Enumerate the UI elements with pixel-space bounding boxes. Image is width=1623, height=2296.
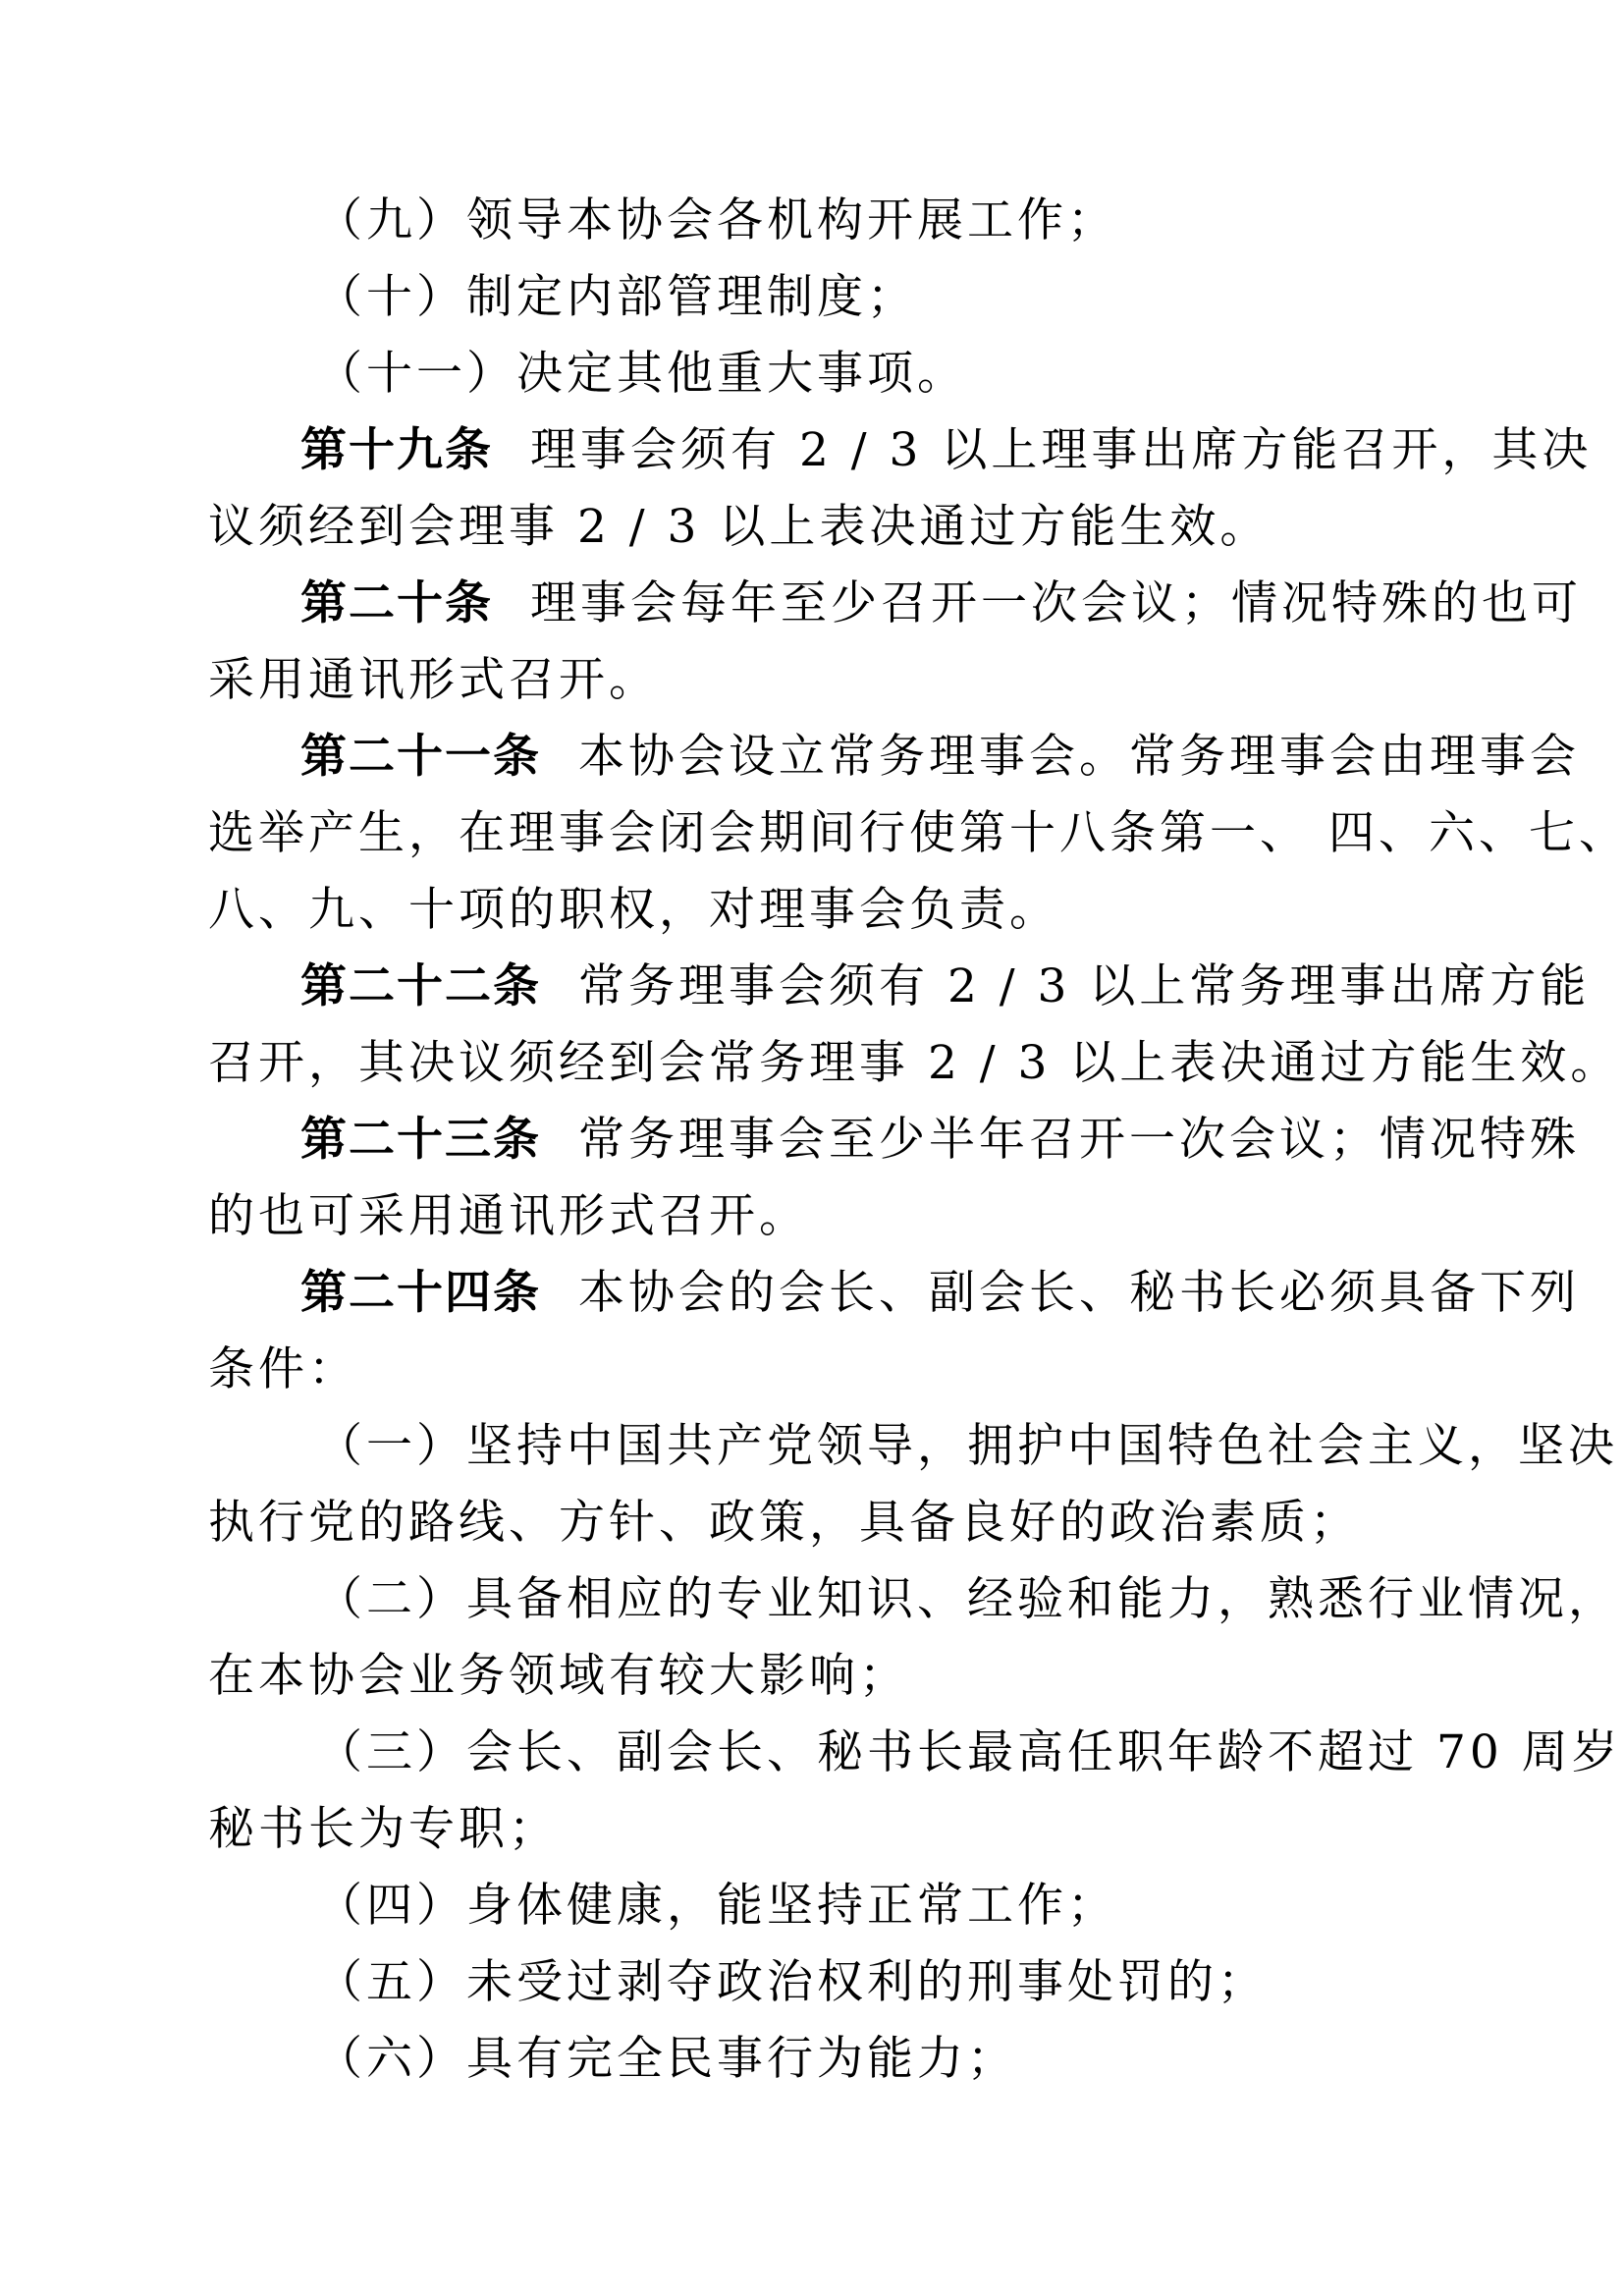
article-title: 第二十一条: [300, 730, 541, 784]
line-text: （四）身体健康，能坚持正常工作；: [316, 1879, 1117, 1933]
condition-item-2: （二）具备相应的专业知识、经验和能力，熟悉行业情况，: [316, 1570, 1534, 1629]
line-text: 八、九、十项的职权，对理事会负责。: [208, 883, 1059, 937]
condition-item-3: （三）会长、副会长、秘书长最高任职年龄不超过 70 周岁，: [316, 1723, 1534, 1782]
line-text: 的也可采用通讯形式召开。: [208, 1189, 809, 1243]
line-text: 召开，其决议须经到会常务理事 2 / 3 以上表决通过方能生效。: [208, 1036, 1620, 1090]
condition-item-1-continuation: 执行党的路线、方针、政策，具备良好的政治素质；: [208, 1494, 1426, 1553]
article-text: 本协会的会长、副会长、秘书长必须具备下列: [578, 1266, 1580, 1320]
article-24: 第二十四条本协会的会长、副会长、秘书长必须具备下列: [300, 1264, 1518, 1323]
article-title: 第二十条: [300, 576, 493, 630]
condition-item-5: （五）未受过剥夺政治权利的刑事处罚的；: [316, 1953, 1534, 2012]
list-item-11: （十一）决定其他重大事项。: [316, 345, 1534, 404]
article-22: 第二十二条常务理事会须有 2 / 3 以上常务理事出席方能: [300, 957, 1518, 1016]
article-title: 第二十三条: [300, 1113, 541, 1167]
list-item-10: （十）制定内部管理制度；: [316, 268, 1534, 327]
condition-item-6: （六）具有完全民事行为能力；: [316, 2030, 1534, 2089]
line-text: （六）具有完全民事行为能力；: [316, 2032, 1017, 2086]
line-text: （十一）决定其他重大事项。: [316, 347, 967, 401]
article-text: 理事会每年至少召开一次会议；情况特殊的也可: [530, 576, 1582, 630]
line-text: （一）坚持中国共产党领导，拥护中国特色社会主义，坚决: [316, 1419, 1618, 1473]
article-23-continuation: 的也可采用通讯形式召开。: [208, 1187, 1426, 1246]
condition-item-3-continuation: 秘书长为专职；: [208, 1800, 1426, 1859]
article-22-continuation: 召开，其决议须经到会常务理事 2 / 3 以上表决通过方能生效。: [208, 1034, 1426, 1093]
article-21: 第二十一条本协会设立常务理事会。常务理事会由理事会: [300, 728, 1518, 787]
article-21-continuation-2: 八、九、十项的职权，对理事会负责。: [208, 881, 1426, 940]
line-text: （三）会长、副会长、秘书长最高任职年龄不超过 70 周岁，: [316, 1725, 1623, 1779]
line-text: （二）具备相应的专业知识、经验和能力，熟悉行业情况，: [316, 1572, 1618, 1626]
document-page: （九）领导本协会各机构开展工作； （十）制定内部管理制度； （十一）决定其他重大…: [0, 0, 1623, 2296]
condition-item-1: （一）坚持中国共产党领导，拥护中国特色社会主义，坚决: [316, 1417, 1534, 1476]
list-item-9: （九）领导本协会各机构开展工作；: [316, 191, 1534, 250]
article-20-continuation: 采用通讯形式召开。: [208, 651, 1426, 710]
article-text: 常务理事会须有 2 / 3 以上常务理事出席方能: [578, 959, 1590, 1013]
article-20: 第二十条理事会每年至少召开一次会议；情况特殊的也可: [300, 574, 1518, 633]
line-text: 条件：: [208, 1342, 358, 1396]
article-text: 本协会设立常务理事会。常务理事会由理事会: [578, 730, 1580, 784]
condition-item-4: （四）身体健康，能坚持正常工作；: [316, 1877, 1534, 1936]
article-title: 第二十四条: [300, 1266, 541, 1320]
line-text: 秘书长为专职；: [208, 1802, 559, 1856]
line-text: 采用通讯形式召开。: [208, 653, 659, 707]
article-text: 常务理事会至少半年召开一次会议；情况特殊: [578, 1113, 1580, 1167]
line-text: （九）领导本协会各机构开展工作；: [316, 193, 1117, 247]
article-text: 理事会须有 2 / 3 以上理事出席方能召开，其决: [530, 423, 1592, 477]
condition-item-2-continuation: 在本协会业务领域有较大影响；: [208, 1647, 1426, 1706]
line-text: 在本协会业务领域有较大影响；: [208, 1649, 909, 1703]
article-21-continuation-1: 选举产生，在理事会闭会期间行使第十八条第一、 四、六、七、: [208, 804, 1426, 863]
line-text: （十）制定内部管理制度；: [316, 270, 917, 324]
article-19-continuation: 议须经到会理事 2 / 3 以上表决通过方能生效。: [208, 498, 1426, 557]
article-title: 第二十二条: [300, 959, 541, 1013]
line-text: （五）未受过剥夺政治权利的刑事处罚的；: [316, 1955, 1268, 2009]
article-23: 第二十三条常务理事会至少半年召开一次会议；情况特殊: [300, 1111, 1518, 1170]
article-19: 第十九条理事会须有 2 / 3 以上理事出席方能召开，其决: [300, 421, 1518, 480]
article-24-continuation: 条件：: [208, 1340, 1426, 1399]
line-text: 执行党的路线、方针、政策，具备良好的政治素质；: [208, 1496, 1360, 1550]
article-title: 第十九条: [300, 423, 493, 477]
line-text: 议须经到会理事 2 / 3 以上表决通过方能生效。: [208, 500, 1270, 554]
line-text: 选举产生，在理事会闭会期间行使第十八条第一、 四、六、七、: [208, 806, 1623, 860]
